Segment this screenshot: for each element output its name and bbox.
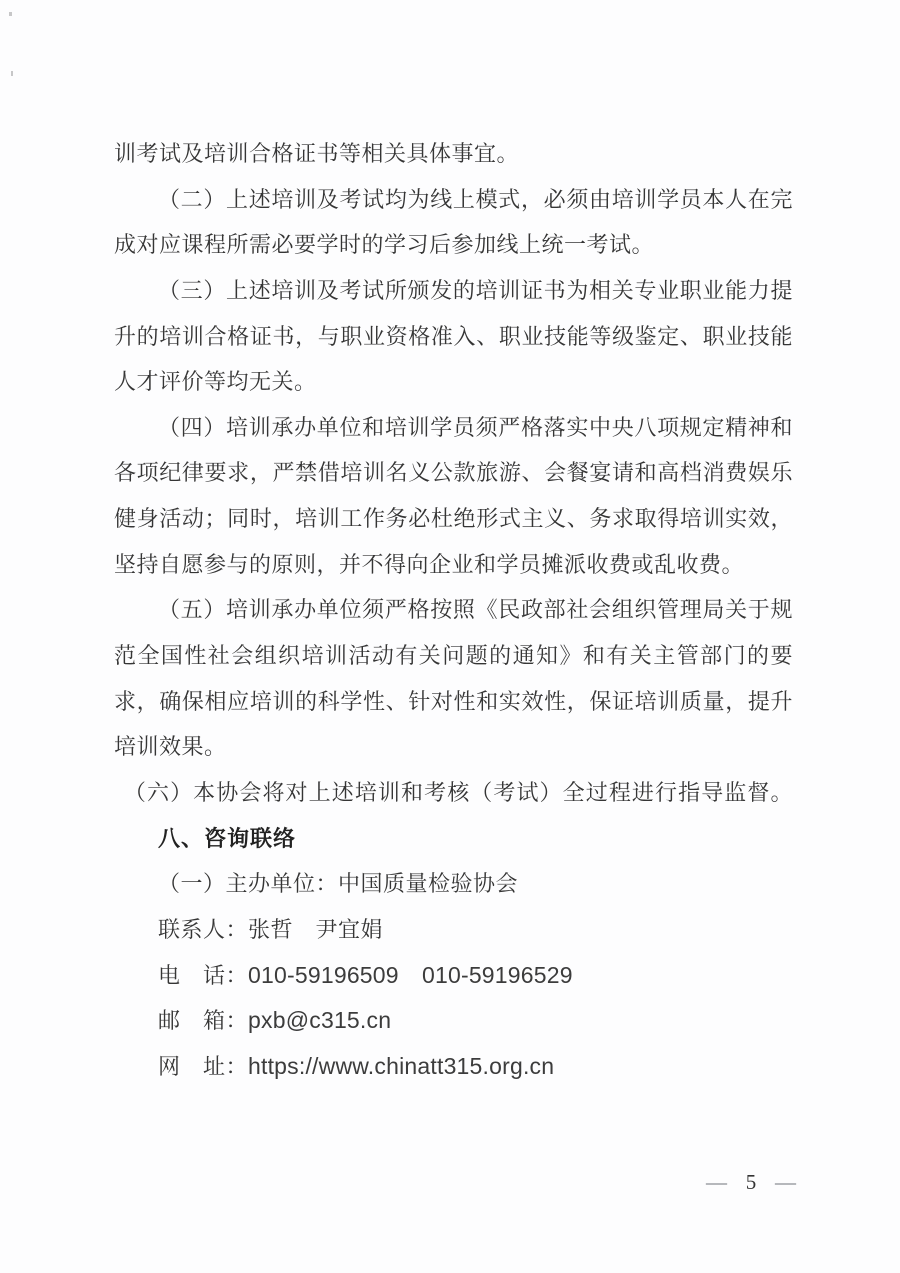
body-line: 范全国性社会组织培训活动有关问题的通知》和有关主管部门的要 xyxy=(114,633,793,679)
scan-artifact xyxy=(9,12,12,16)
page-number-dash-left: — xyxy=(706,1170,727,1195)
document-body: 训考试及培训合格证书等相关具体事宜。 （二）上述培训及考试均为线上模式，必须由培… xyxy=(114,131,793,1089)
body-line: （四）培训承办单位和培训学员须严格落实中央八项规定精神和 xyxy=(114,405,793,451)
page-number: — 5 — xyxy=(706,1170,796,1195)
body-line: 升的培训合格证书，与职业资格准入、职业技能等级鉴定、职业技能 xyxy=(114,314,793,360)
body-line: 成对应课程所需必要学时的学习后参加线上统一考试。 xyxy=(114,222,793,268)
body-line: 各项纪律要求，严禁借培训名义公款旅游、会餐宴请和高档消费娱乐 xyxy=(114,450,793,496)
page-number-dash-right: — xyxy=(775,1170,796,1195)
phone-line: 电 话：010-59196509 010-59196529 xyxy=(114,953,793,999)
body-line: 健身活动；同时，培训工作务必杜绝形式主义、务求取得培训实效， xyxy=(114,496,793,542)
scan-artifact xyxy=(11,71,13,76)
organizer-line: （一）主办单位：中国质量检验协会 xyxy=(114,861,793,907)
contact-person-label: 联系人： xyxy=(158,917,248,942)
body-line: （五）培训承办单位须严格按照《民政部社会组织管理局关于规 xyxy=(114,587,793,633)
contact-person-line: 联系人：张哲 尹宜娟 xyxy=(114,907,793,953)
website-label: 网 址： xyxy=(158,1054,248,1079)
document-page: 训考试及培训合格证书等相关具体事宜。 （二）上述培训及考试均为线上模式，必须由培… xyxy=(0,0,900,1273)
email-line: 邮 箱：pxb@c315.cn xyxy=(114,998,793,1044)
body-line: 求，确保相应培训的科学性、针对性和实效性，保证培训质量，提升 xyxy=(114,679,793,725)
body-line: （三）上述培训及考试所颁发的培训证书为相关专业职业能力提 xyxy=(114,268,793,314)
page-number-value: 5 xyxy=(746,1170,757,1195)
section-heading: 八、咨询联络 xyxy=(114,816,793,862)
body-line: 培训效果。 xyxy=(114,724,793,770)
organizer-label: （一）主办单位： xyxy=(158,871,338,896)
body-line: 训考试及培训合格证书等相关具体事宜。 xyxy=(114,131,793,177)
contact-person-value: 张哲 尹宜娟 xyxy=(248,917,383,942)
body-line: （二）上述培训及考试均为线上模式，必须由培训学员本人在完 xyxy=(114,177,793,223)
phone-label: 电 话： xyxy=(158,963,248,988)
email-label: 邮 箱： xyxy=(158,1008,248,1033)
body-line: 人才评价等均无关。 xyxy=(114,359,793,405)
website-value: https://www.chinatt315.org.cn xyxy=(248,1053,554,1079)
email-value: pxb@c315.cn xyxy=(248,1007,391,1033)
phone-value: 010-59196509 010-59196529 xyxy=(248,962,573,988)
body-line: 坚持自愿参与的原则，并不得向企业和学员摊派收费或乱收费。 xyxy=(114,542,793,588)
website-line: 网 址：https://www.chinatt315.org.cn xyxy=(114,1044,793,1090)
body-line: （六）本协会将对上述培训和考核（考试）全过程进行指导监督。 xyxy=(114,770,793,816)
organizer-value: 中国质量检验协会 xyxy=(338,871,518,896)
